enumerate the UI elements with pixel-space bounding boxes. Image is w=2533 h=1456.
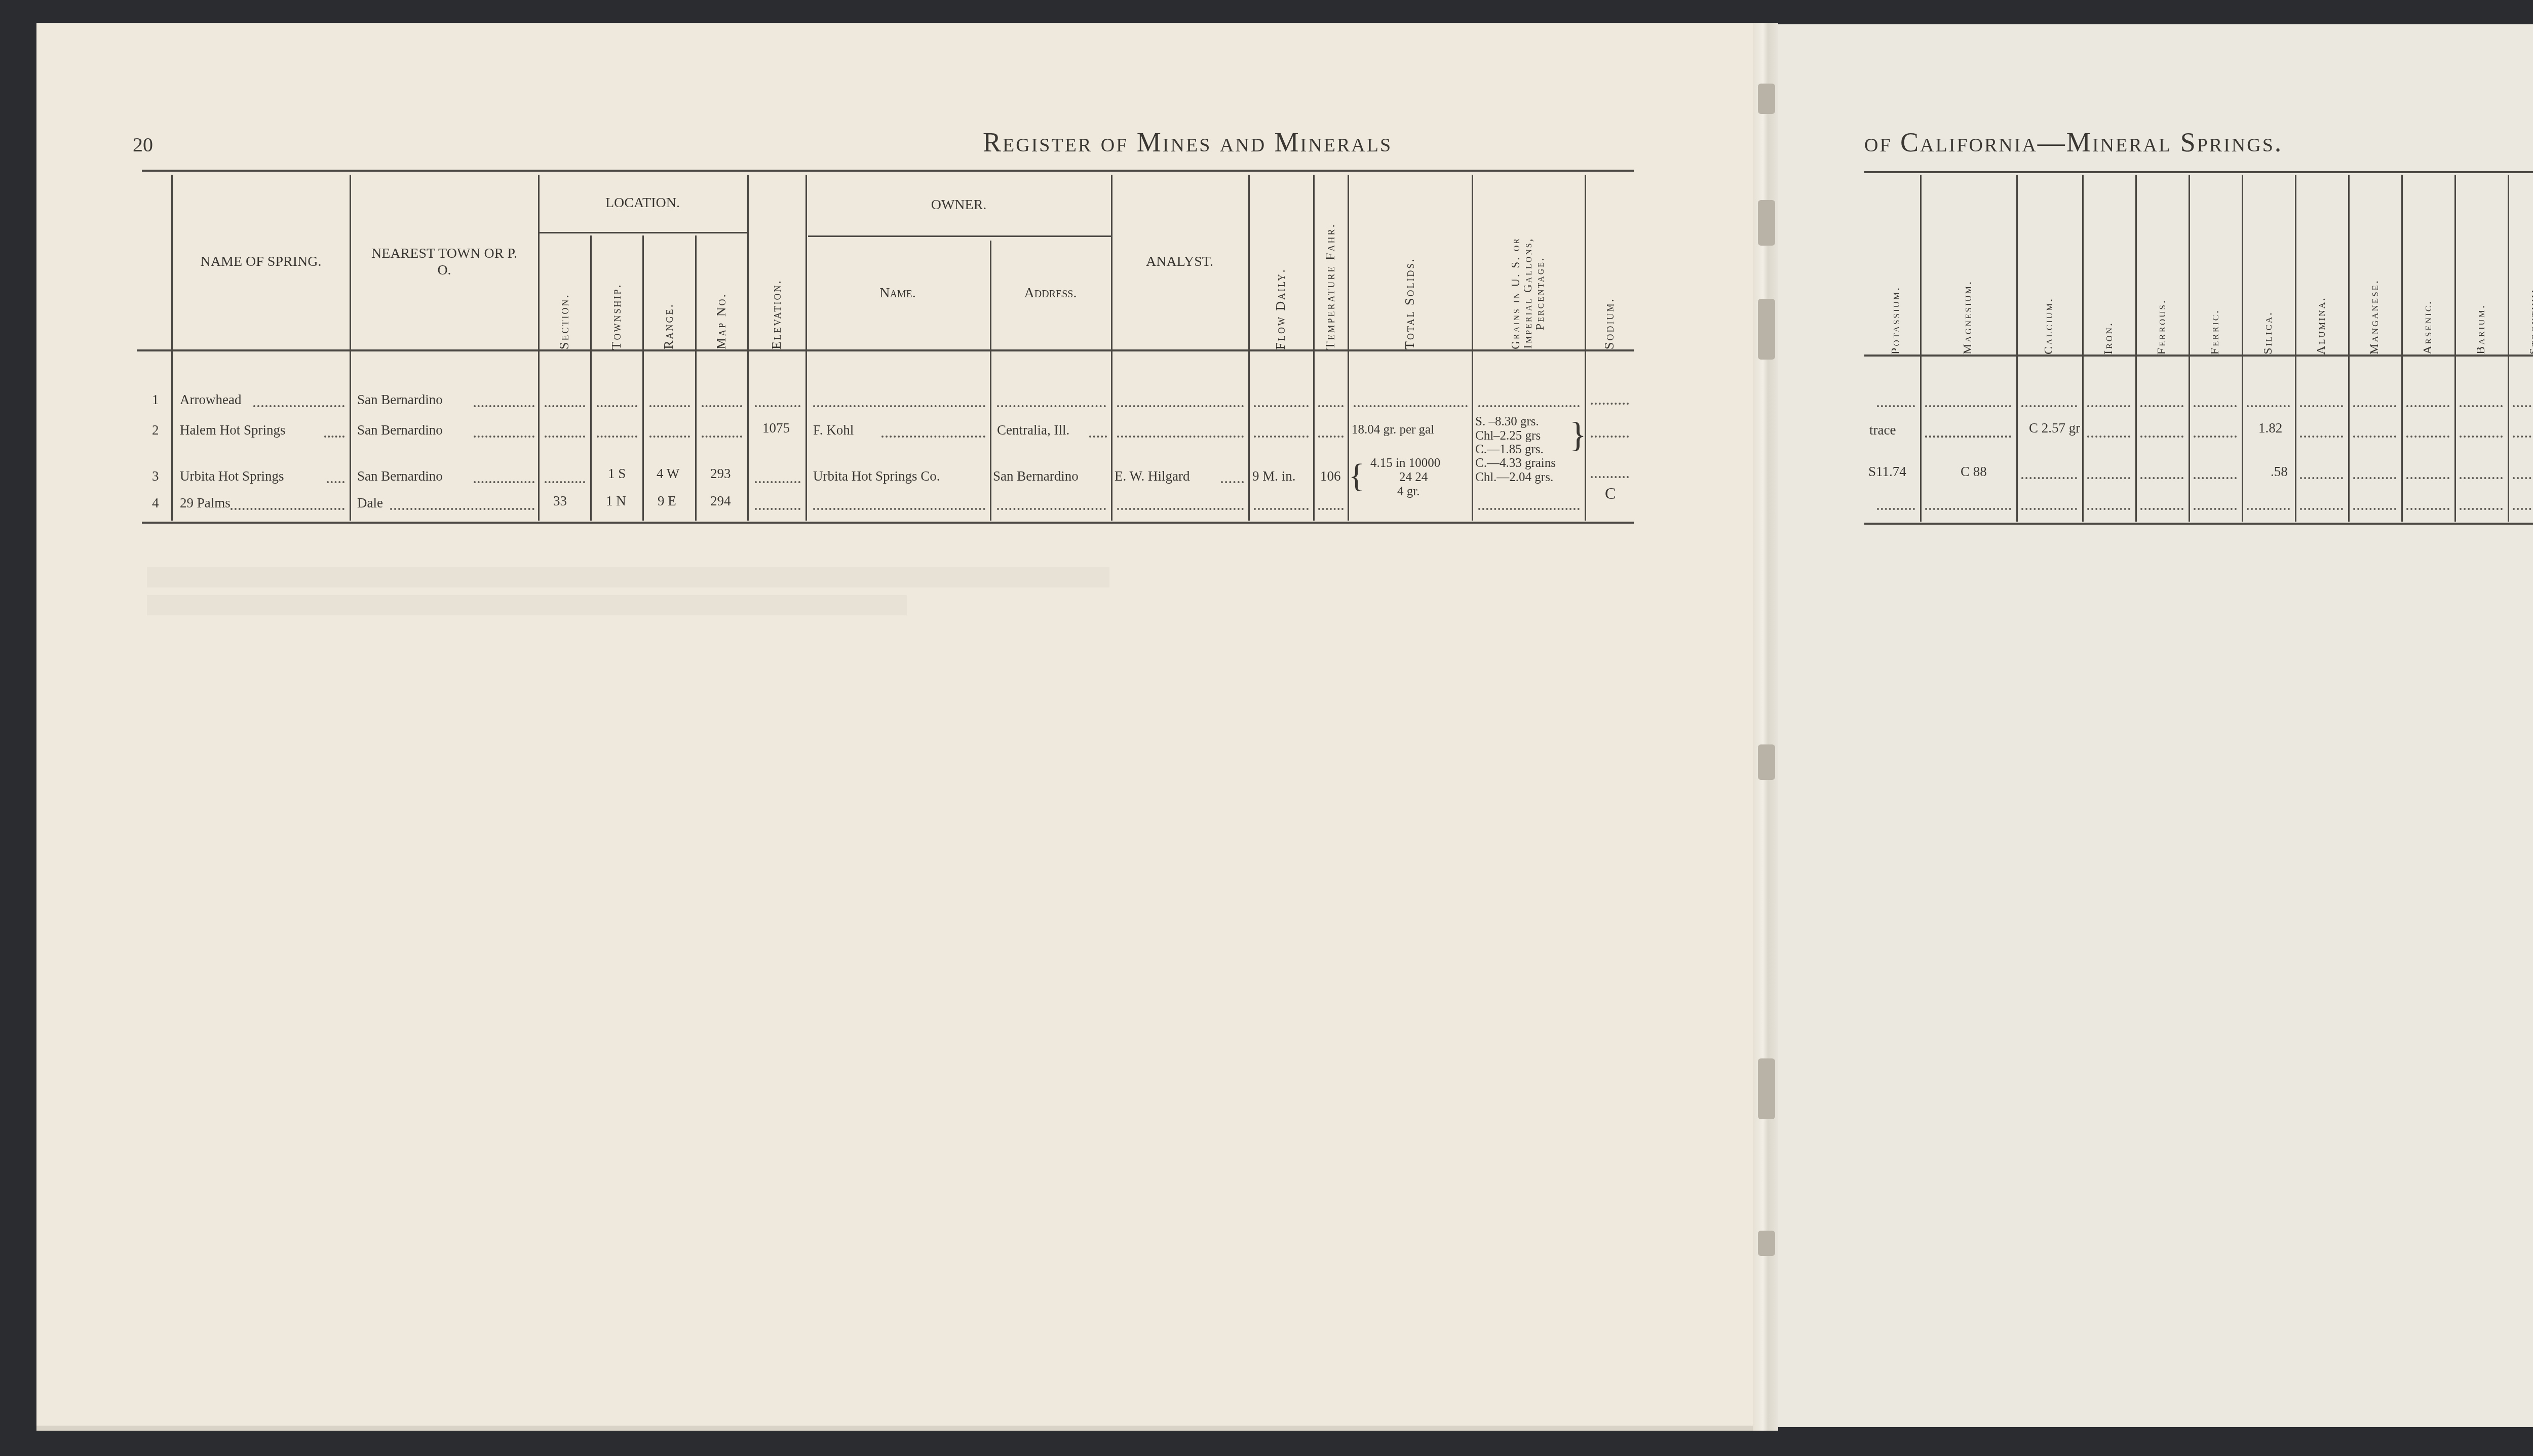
range-value: 4 W (657, 467, 679, 481)
header-ferrous: Ferrous. (2135, 175, 2189, 355)
left-page-number: 20 (133, 133, 153, 156)
header-analyst: ANALYST. (1111, 175, 1248, 349)
map-no-value: 294 (710, 494, 731, 508)
header-elevation: Elevation. (747, 175, 805, 349)
owner-name: F. Kohl (813, 423, 854, 437)
owner-name: Urbita Hot Springs Co. (813, 469, 940, 483)
header-ferric: Ferric. (2189, 175, 2242, 355)
total-solids-line: 4 gr. (1397, 485, 1419, 498)
left-brace-icon: { (1349, 456, 1365, 496)
potassium-value: trace (1869, 423, 1896, 437)
elevation-value: 1075 (762, 421, 790, 435)
header-sodium: Sodium. (1585, 175, 1634, 349)
binding-stitch (1758, 299, 1775, 360)
nearest-town: Dale (357, 496, 383, 510)
grains-line: Chl.—2.04 grs. (1475, 471, 1553, 484)
spring-name: Urbita Hot Springs (180, 469, 284, 483)
header-temperature: Temperature Fahr. (1313, 175, 1348, 349)
binding-stitch (1758, 744, 1775, 780)
header-nearest-town: NEAREST TOWN OR P. O. (351, 175, 538, 349)
header-manganese: Manganese. (2348, 175, 2401, 355)
map-no-value: 293 (710, 467, 731, 481)
grains-line: C.—4.33 grains (1475, 457, 1556, 469)
header-owner: OWNER. (805, 175, 1112, 235)
header-range: Range. (642, 235, 695, 349)
nearest-town: San Bernardino (357, 393, 443, 407)
header-calcium: Calcium. (2016, 175, 2082, 355)
range-value: 9 E (658, 494, 676, 508)
binding-stitch (1758, 200, 1775, 246)
header-potassium: Potassium. (1872, 175, 1920, 355)
header-total-solids: Total Solids. (1348, 175, 1472, 349)
potassium-value: S11.74 (1868, 465, 1906, 479)
total-solids-value: 18.04 gr. per gal (1352, 423, 1434, 436)
grains-line: S. –8.30 grs. (1475, 415, 1539, 428)
total-solids-line: 4.15 in 10000 (1370, 457, 1440, 469)
header-owner-address: Address. (990, 237, 1111, 349)
header-section: Section. (538, 235, 590, 349)
temperature-value: 106 (1320, 469, 1341, 483)
left-running-head: Register of Mines and Minerals (983, 127, 1392, 158)
total-solids-line: 24 24 (1399, 471, 1428, 484)
owner-address: San Bernardino (993, 469, 1079, 483)
flow-daily-value: 9 M. in. (1252, 469, 1296, 483)
township-value: 1 N (606, 494, 626, 508)
binding-stitch (1758, 1058, 1775, 1119)
nearest-town: San Bernardino (357, 423, 443, 437)
right-brace-icon: } (1569, 415, 1587, 456)
header-township: Township. (590, 235, 642, 349)
section-value: 33 (553, 494, 567, 508)
calcium-value: C 2.57 gr (2029, 421, 2080, 435)
binding-stitch (1758, 1231, 1775, 1256)
nearest-town: San Bernardino (357, 469, 443, 483)
header-grains: Grains in U. S. or Imperial Gallons, Per… (1472, 175, 1585, 349)
header-location: LOCATION. (538, 175, 747, 232)
right-running-head: of California—Mineral Springs. (1864, 127, 2283, 158)
header-iron: Iron. (2082, 175, 2135, 355)
sodium-value: C (1605, 485, 1616, 501)
binding-stitch (1758, 84, 1775, 114)
header-barium: Barium. (2454, 175, 2508, 355)
header-owner-name: Name. (805, 237, 990, 349)
grains-line: C.—1.85 grs. (1475, 443, 1544, 456)
owner-address: Centralia, Ill. (997, 423, 1069, 437)
header-flow-daily: Flow Daily. (1248, 175, 1313, 349)
header-arsenic: Arsenic. (2401, 175, 2454, 355)
header-strontium: Strontium. (2508, 175, 2533, 355)
analyst-name: E. W. Hilgard (1115, 469, 1190, 483)
header-name-of-spring: NAME OF SPRING. (172, 175, 350, 349)
silica-value: 1.82 (2258, 421, 2282, 435)
header-map-no: Map No. (695, 235, 747, 349)
spring-name: Halem Hot Springs (180, 423, 286, 437)
grains-line: Chl–2.25 grs (1475, 429, 1541, 442)
header-magnesium: Magnesium. (1920, 175, 2016, 355)
spring-name: Arrowhead (180, 393, 241, 407)
township-value: 1 S (608, 467, 626, 481)
header-silica: Silica. (2242, 175, 2295, 355)
spring-name: 29 Palms (180, 496, 231, 510)
silica-value: .58 (2271, 465, 2288, 479)
magnesium-value: C 88 (1961, 465, 1987, 479)
header-alumina: Alumina. (2295, 175, 2348, 355)
